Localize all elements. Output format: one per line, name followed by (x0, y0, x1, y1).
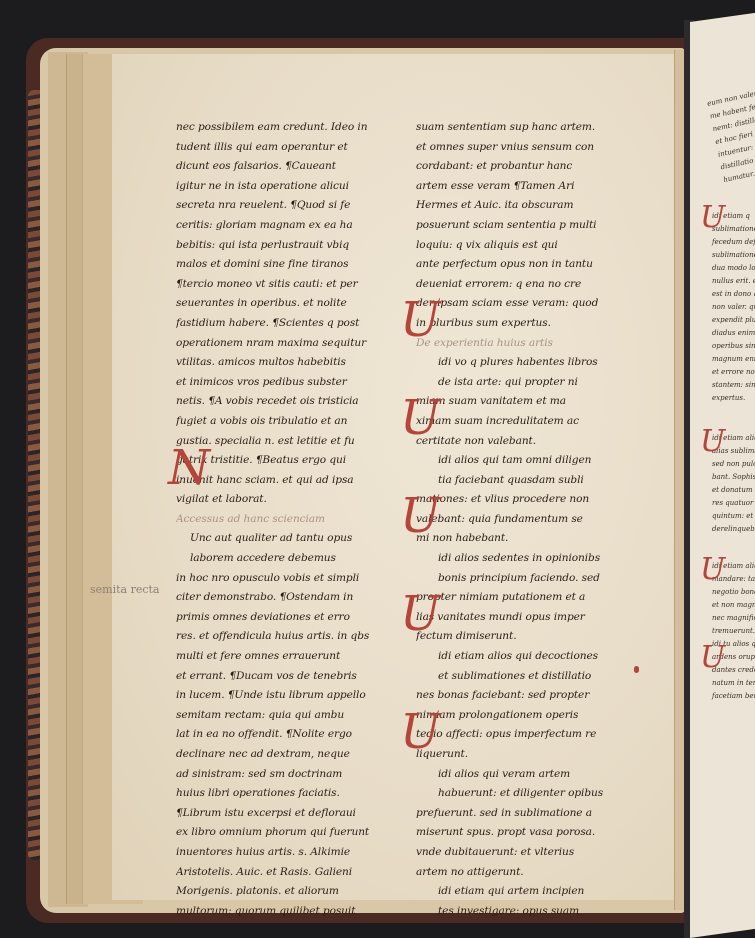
text-line: ¶Librum istu excerpsi et defloraui (176, 804, 402, 824)
text-line: miam suam vanitatem et ma (416, 392, 640, 412)
text-line: et sublimationes et distillatio (416, 667, 640, 687)
text-line: nec possibilem eam credunt. Ideo in (176, 118, 402, 138)
text-line: facetiam bene et (712, 690, 755, 703)
text-line: posuerunt sciam sententia p multi (416, 216, 640, 236)
text-line: nec magnificatum (712, 612, 755, 625)
text-line: mationes: et vlius procedere non (416, 490, 640, 510)
text-line: de ista arte: qui propter ni (416, 373, 640, 393)
rubric-heading: De experientia huius artis (416, 334, 640, 354)
text-line: fecedum defferen (712, 236, 755, 249)
text-line: res quatuor par (712, 497, 755, 510)
text-line: mi non habebant. (416, 529, 640, 549)
text-line: lias vanitates mundi opus imper (416, 608, 640, 628)
text-line: stantem: sine m (712, 379, 755, 392)
text-line: Hermes et Auic. ita obscuram (416, 196, 640, 216)
text-line: et omnes super vnius sensum con (416, 138, 640, 158)
text-line: idi etiam qui artem incipien (416, 882, 640, 902)
facing-rubricated-initial: U (700, 200, 725, 235)
text-line: igitur ne in ista operatione alicui (176, 177, 402, 197)
text-line: fugiet a vobis ois tribulatio et an (176, 412, 402, 432)
text-line: inuentores huius artis. s. Alkimie (176, 843, 402, 863)
text-line: sublimatione non (712, 249, 755, 262)
text-line: nes bonas faciebant: sed propter (416, 686, 640, 706)
text-line: multi et fere omnes errauerunt (176, 647, 402, 667)
text-line: citer demonstrabo. ¶Ostendam in (176, 588, 402, 608)
rubric-heading: Accessus ad hanc scienciam (176, 510, 402, 530)
left-text-column: nec possibilem eam credunt. Ideo in tude… (176, 118, 402, 921)
text-line: negotio bonorum (712, 586, 755, 599)
text-line: et errore non (712, 366, 755, 379)
text-line: multorum: quorum quilibet posuit (176, 902, 402, 922)
text-line: derelinquebant. (712, 523, 755, 536)
text-line: lat in ea no offendit. ¶Nolite ergo (176, 725, 402, 745)
text-line: in hoc nro opusculo vobis et simpli (176, 569, 402, 589)
text-line: ante perfectum opus non in tantu (416, 255, 640, 275)
text-line: expendit plus (712, 314, 755, 327)
text-line: operationem nram maxima sequitur (176, 334, 402, 354)
text-line: vnde dubitauerunt: et vlterius (416, 843, 640, 863)
text-line: habuerunt: et diligenter opibus (416, 784, 640, 804)
text-line: dua modo loca (712, 262, 755, 275)
text-line: et inimicos vros pedibus subster (176, 373, 402, 393)
text-line: Unc aut qualiter ad tantu opus (176, 529, 402, 549)
text-line: idi vo q plures habentes libros (416, 353, 640, 373)
text-line: loquiu: q vix aliquis est qui (416, 236, 640, 256)
text-line: tedio affecti: opus imperfectum re (416, 725, 640, 745)
text-line: declinare nec ad dextram, neque (176, 745, 402, 765)
text-line: secreta nra reuelent. ¶Quod si fe (176, 196, 402, 216)
text-line: valebant: quia fundamentum se (416, 510, 640, 530)
rubricated-initial: U (400, 492, 440, 540)
text-line: est in dono q (712, 288, 755, 301)
text-line: malos et domini sine fine tiranos (176, 255, 402, 275)
text-line: der ipsam sciam esse veram: quod (416, 294, 640, 314)
text-line: bant. Sophisticat (712, 471, 755, 484)
facing-page-text: idi etiam q sublimatione op fecedum deff… (712, 210, 755, 405)
text-line: et donatum distill (712, 484, 755, 497)
text-line: in lucem. ¶Unde istu librum appello (176, 686, 402, 706)
rubricated-initial: U (400, 708, 440, 756)
text-line: in pluribus sum expertus. (416, 314, 640, 334)
text-line: cordabant: et probantur hanc (416, 157, 640, 177)
text-line: ¶tercio moneo vt sitis cauti: et per (176, 275, 402, 295)
text-line: operibus sine mo (712, 340, 755, 353)
text-line: suam sententiam sup hanc artem. (416, 118, 640, 138)
text-line: vtilitas. amicos multos habebitis (176, 353, 402, 373)
text-line: propter nimiam putationem et a (416, 588, 640, 608)
text-line: sed non pulcra (712, 458, 755, 471)
text-line: fectum dimiserunt. (416, 627, 640, 647)
text-line: artem esse veram ¶Tamen Ari (416, 177, 640, 197)
text-line: diadus enim (712, 327, 755, 340)
text-line: natum in tempore adde (712, 677, 755, 690)
text-line: tia faciebant quasdam subli (416, 471, 640, 491)
rubricated-initial: U (400, 296, 440, 344)
text-line: semitam rectam: quia qui ambu (176, 706, 402, 726)
text-line: deueniat errorem: q ena no cre (416, 275, 640, 295)
rubricated-initial: N (168, 444, 210, 492)
right-text-column: suam sententiam sup hanc artem. et omnes… (416, 118, 640, 921)
margin-note: semita recta (90, 583, 160, 596)
text-line: huius libri operationes faciatis. (176, 784, 402, 804)
rubricated-initial: U (400, 394, 440, 442)
text-line: non valer. qua (712, 301, 755, 314)
text-line: idi etiam alios qui decoctiones (416, 647, 640, 667)
text-line: et errant. ¶Ducam vos de tenebris (176, 667, 402, 687)
rubricated-initial: U (400, 590, 440, 638)
text-line: netis. ¶A vobis recedet ois tristicia (176, 392, 402, 412)
text-line: liquerunt. (416, 745, 640, 765)
text-line: ex libro omnium phorum qui fuerunt (176, 823, 402, 843)
text-line: certitate non valebant. (416, 432, 640, 452)
text-line: ceritis: gloriam magnam ex ea ha (176, 216, 402, 236)
text-line: ad sinistram: sed sm doctrinam (176, 765, 402, 785)
text-line: primis omnes deviationes et erro (176, 608, 402, 628)
text-line: expertus. (712, 392, 755, 405)
text-line: magnum enim in (712, 353, 755, 366)
text-line: prefuerunt. sed in sublimatione a (416, 804, 640, 824)
text-line: nullus erit. et (712, 275, 755, 288)
text-line: laborem accedere debemus (176, 549, 402, 569)
text-line: nimiam prolongationem operis (416, 706, 640, 726)
facing-rubricated-initial: U (700, 640, 725, 675)
text-line: idi alios qui veram artem (416, 765, 640, 785)
text-line: et non magnificar (712, 599, 755, 612)
text-line: idi alios sedentes in opinionibs (416, 549, 640, 569)
text-line: tes investigare: opus suam (416, 902, 640, 922)
text-line: tudent illis qui eam operantur et (176, 138, 402, 158)
text-line: fastidium habere. ¶Scientes q post (176, 314, 402, 334)
text-line: res. et offendicula huius artis. in qbs (176, 627, 402, 647)
text-line: Aristotelis. Auic. et Rasis. Galieni (176, 863, 402, 883)
text-line: miserunt spus. propt vasa porosa. (416, 823, 640, 843)
red-ink-mark (634, 666, 639, 673)
text-line: bebitis: qui ista perlustrauit vbiq (176, 236, 402, 256)
facing-rubricated-initial: U (700, 552, 725, 587)
text-line: tremuerunt. (712, 625, 755, 638)
text-line: seuerantes in operibus. et nolite (176, 294, 402, 314)
text-line: quintum: et in (712, 510, 755, 523)
text-line: ximam suam incredulitatem ac (416, 412, 640, 432)
text-line: bonis principium faciendo. sed (416, 569, 640, 589)
text-line: dicunt eos falsarios. ¶Caueant (176, 157, 402, 177)
text-line: idi alios qui tam omni diligen (416, 451, 640, 471)
text-line: artem no attigerunt. (416, 863, 640, 883)
text-line: Morigenis. platonis. et aliorum (176, 882, 402, 902)
facing-rubricated-initial: U (700, 424, 725, 459)
